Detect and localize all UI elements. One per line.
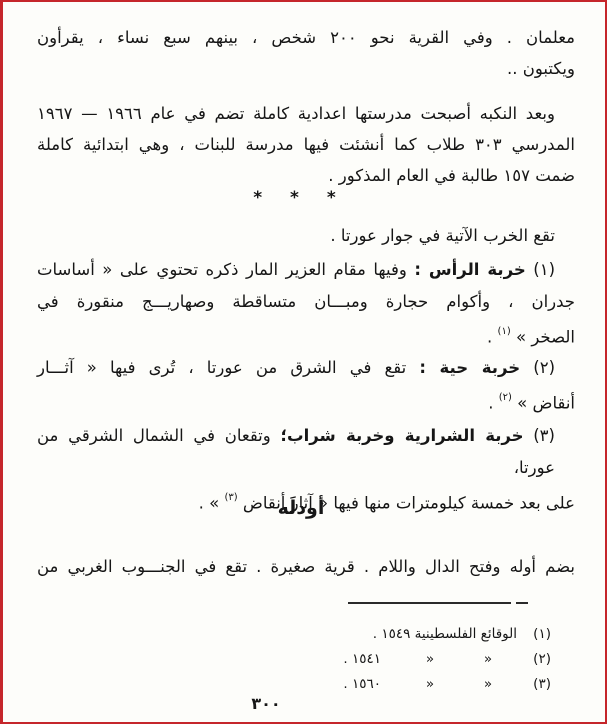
footnote-marker: (١) (517, 622, 551, 647)
item-text: . (487, 328, 492, 347)
item-number: (١) (533, 260, 555, 279)
paragraph-pronunciation: بضم أوله وفتح الدال واللام . قرية صغيرة … (37, 551, 575, 582)
footnotes-block: (١) الوقائع الفلسطينية ١٥٤٩ . (٢) « « ١٥… (261, 622, 551, 697)
text-line: تقع الخرب الآتية في جوار عورتا . (37, 220, 575, 251)
footnote-marker: (٢) (517, 647, 551, 672)
paragraph-school: وبعد النكبه أصبحت مدرستها اعدادية كاملة … (37, 98, 575, 191)
footnote-row: (٢) « « ١٥٤١ . (261, 647, 551, 672)
text-line: أنقاض » (٢) . (37, 384, 575, 420)
scanned-book-page: معلمان . وفي القرية نحو ٢٠٠ شخص ، بينهم … (0, 0, 607, 724)
text-line: جدران ، وأكوام حجارة ومبـــان متساقطة وص… (37, 286, 575, 318)
footnote-separator-dash (516, 602, 528, 604)
khirba-title: خربة حية : (419, 358, 520, 377)
text-line: ويكتبون .. (37, 53, 575, 84)
khirbas-intro: تقع الخرب الآتية في جوار عورتا . (37, 220, 575, 251)
text-line: معلمان . وفي القرية نحو ٢٠٠ شخص ، بينهم … (37, 22, 575, 53)
footnote-text: الوقائع الفلسطينية ١٥٤٩ . (373, 622, 517, 647)
item-text: . (488, 394, 493, 413)
item-text: تقع في الشرق من عورتا ، تُرى فيها « آثــ… (37, 358, 406, 377)
text-line: (٣) خربة الشرارية وخربة شراب؛ وتقعان في … (37, 420, 575, 484)
section-heading-udala: أودلَه (3, 497, 599, 519)
khirba-title: خربة الرأس : (414, 260, 525, 279)
item-text: الصخر » (516, 328, 575, 347)
ditto-mark: « (401, 647, 459, 672)
stars-separator: * * * (3, 188, 597, 208)
text-line: ضمت ١٥٧ طالبة في العام المذكور . (37, 160, 575, 191)
footnote-row: (١) الوقائع الفلسطينية ١٥٤٩ . (261, 622, 551, 647)
footnote-separator (348, 602, 511, 604)
text-line: المدرسي ٣٠٣ طلاب كما أنشئت فيها مدرسة لل… (37, 129, 575, 160)
footnote-number: ١٥٤١ . (343, 647, 401, 672)
text-line: وبعد النكبه أصبحت مدرستها اعدادية كاملة … (37, 98, 575, 129)
footnote-ref: (١) (498, 326, 511, 337)
text-line: (٢) خربة حية : تقع في الشرق من عورتا ، ت… (37, 352, 575, 384)
item-text: وفيها مقام العزير المار ذكره تحتوي على «… (37, 260, 407, 279)
khirba-title: خربة الشرارية وخربة شراب؛ (280, 426, 523, 445)
khirba-item-1: (١) خربة الرأس : وفيها مقام العزير المار… (37, 254, 575, 354)
footnote-ref: (٢) (499, 392, 512, 403)
paragraph-village-population: معلمان . وفي القرية نحو ٢٠٠ شخص ، بينهم … (37, 22, 575, 84)
khirba-item-2: (٢) خربة حية : تقع في الشرق من عورتا ، ت… (37, 352, 575, 420)
text-line: بضم أوله وفتح الدال واللام . قرية صغيرة … (37, 551, 575, 582)
page-number: ٣٠٠ (0, 694, 567, 713)
item-number: (٣) (533, 426, 555, 445)
item-number: (٢) (533, 358, 555, 377)
text-line: (١) خربة الرأس : وفيها مقام العزير المار… (37, 254, 575, 286)
text-line: الصخر » (١) . (37, 318, 575, 354)
item-text: أنقاض » (517, 394, 575, 413)
ditto-mark: « (459, 647, 517, 672)
